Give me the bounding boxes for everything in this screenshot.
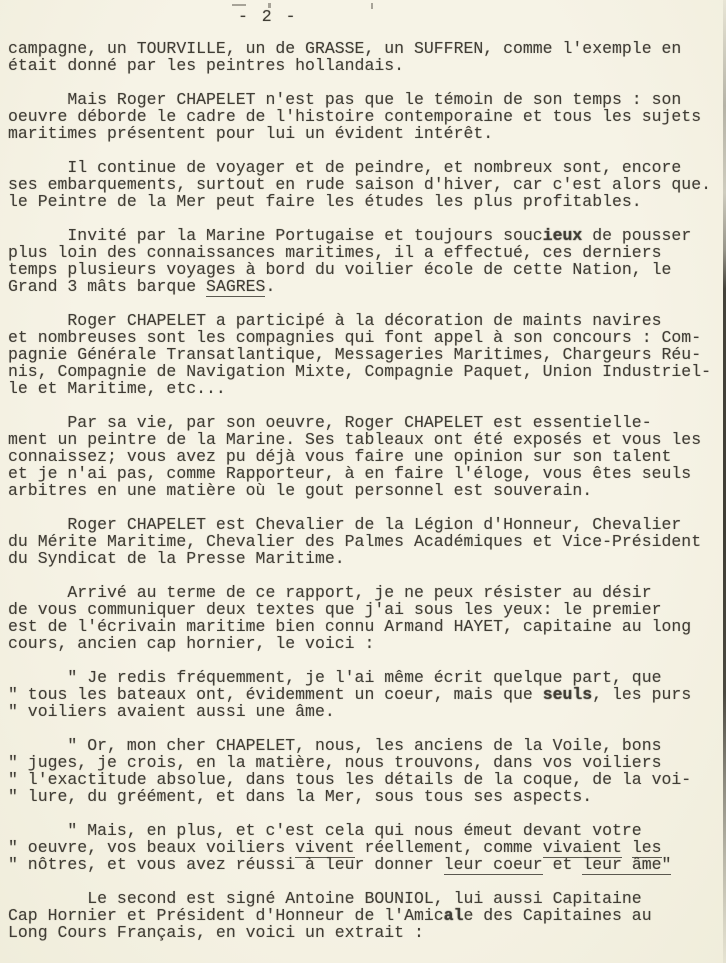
text-line: oeuvre déborde le cadre de l'histoire co… xyxy=(8,108,726,125)
page-number: - 2 - xyxy=(238,8,726,25)
text-segment: arbitres en une matière où le gout perso… xyxy=(8,481,592,500)
bold-text: al xyxy=(444,906,464,925)
text-segment: . xyxy=(265,277,275,296)
paragraph: Invité par la Marine Portugaise et toujo… xyxy=(8,227,726,295)
text-segment: cours, ancien cap hornier, le voici : xyxy=(8,634,374,653)
text-line: arbitres en une matière où le gout perso… xyxy=(8,482,726,499)
paragraph: Mais Roger CHAPELET n'est pas que le tém… xyxy=(8,91,726,142)
text-segment: était donné par les peintres hollandais. xyxy=(8,56,404,75)
text-line: était donné par les peintres hollandais. xyxy=(8,57,726,74)
text-segment: maritimes présentent pour lui un évident… xyxy=(8,124,493,143)
text-line: " oeuvre, vos beaux voiliers vivent réel… xyxy=(8,839,726,856)
text-line: est de l'écrivain maritime bien connu Ar… xyxy=(8,618,726,635)
paragraph: Par sa vie, par son oeuvre, Roger CHAPEL… xyxy=(8,414,726,499)
text-segment: du Syndicat de la Presse Maritime. xyxy=(8,549,345,568)
text-segment: " lure, du gréément, et dans la Mer, sou… xyxy=(8,787,592,806)
paragraph: Roger CHAPELET a participé à la décorati… xyxy=(8,312,726,397)
text-line: " Je redis fréquemment, je l'ai même écr… xyxy=(8,669,726,686)
underlined-text: leur âme" xyxy=(582,855,671,875)
text-line: Le second est signé Antoine BOUNIOL, lui… xyxy=(8,890,726,907)
text-line: pagnie Générale Transatlantique, Message… xyxy=(8,346,726,363)
underlined-text: SAGRES xyxy=(206,277,265,297)
text-line: " tous les bateaux ont, évidemment un co… xyxy=(8,686,726,703)
paragraph: Roger CHAPELET est Chevalier de la Légio… xyxy=(8,516,726,567)
text-line: " Mais, en plus, et c'est cela qui nous … xyxy=(8,822,726,839)
text-line: campagne, un TOURVILLE, un de GRASSE, un… xyxy=(8,40,726,57)
scan-speck xyxy=(371,3,373,9)
text-line: le Peintre de la Mer peut faire les étud… xyxy=(8,193,726,210)
text-segment: Long Cours Français, en voici un extrait… xyxy=(8,923,424,942)
text-line: nis, Compagnie de Navigation Mixte, Comp… xyxy=(8,363,726,380)
text-line: du Mérite Maritime, Chevalier des Palmes… xyxy=(8,533,726,550)
text-line: de vous communiquer deux textes que j'ai… xyxy=(8,601,726,618)
paragraph: Le second est signé Antoine BOUNIOL, lui… xyxy=(8,890,726,941)
underlined-text: leur coeur xyxy=(444,855,543,875)
text-line: Roger CHAPELET est Chevalier de la Légio… xyxy=(8,516,726,533)
text-segment: " voiliers avaient aussi une âme. xyxy=(8,702,335,721)
scan-speck xyxy=(268,3,271,8)
text-line: Par sa vie, par son oeuvre, Roger CHAPEL… xyxy=(8,414,726,431)
text-line: maritimes présentent pour lui un évident… xyxy=(8,125,726,142)
scanned-page: { "page": { "header": "- 2 -", "paper_co… xyxy=(0,0,726,963)
text-line: Grand 3 mâts barque SAGRES. xyxy=(8,278,726,295)
paragraph: Arrivé au terme de ce rapport, je ne peu… xyxy=(8,584,726,652)
text-segment: Grand 3 mâts barque xyxy=(8,277,206,296)
text-line: " juges, je crois, en la matière, nous t… xyxy=(8,754,726,771)
text-line: plus loin des connaissances maritimes, i… xyxy=(8,244,726,261)
text-line: " Or, mon cher CHAPELET, nous, les ancie… xyxy=(8,737,726,754)
paragraph: Il continue de voyager et de peindre, et… xyxy=(8,159,726,210)
text-line: et nombreuses sont les compagnies qui fo… xyxy=(8,329,726,346)
text-line: " voiliers avaient aussi une âme. xyxy=(8,703,726,720)
text-line: Mais Roger CHAPELET n'est pas que le tém… xyxy=(8,91,726,108)
text-line: Long Cours Français, en voici un extrait… xyxy=(8,924,726,941)
text-line: Il continue de voyager et de peindre, et… xyxy=(8,159,726,176)
text-segment: et xyxy=(543,855,583,874)
document-page: - 2 - campagne, un TOURVILLE, un de GRAS… xyxy=(0,0,726,941)
text-line: Cap Hornier et Président d'Honneur de l'… xyxy=(8,907,726,924)
text-segment: " nôtres, et vous avez réussi à leur don… xyxy=(8,855,444,874)
text-line: " nôtres, et vous avez réussi à leur don… xyxy=(8,856,726,873)
paragraph: campagne, un TOURVILLE, un de GRASSE, un… xyxy=(8,40,726,74)
text-line: ment un peintre de la Marine. Ses tablea… xyxy=(8,431,726,448)
scan-speck xyxy=(232,4,246,6)
text-line: connaissez; vous avez pu déjà vous faire… xyxy=(8,448,726,465)
text-line: et je n'ai pas, comme Rapporteur, à en f… xyxy=(8,465,726,482)
text-segment: , les purs xyxy=(592,685,691,704)
text-line: Arrivé au terme de ce rapport, je ne peu… xyxy=(8,584,726,601)
text-line: Invité par la Marine Portugaise et toujo… xyxy=(8,227,726,244)
text-segment: le et Maritime, etc... xyxy=(8,379,226,398)
text-line: le et Maritime, etc... xyxy=(8,380,726,397)
text-line: cours, ancien cap hornier, le voici : xyxy=(8,635,726,652)
text-line: temps plusieurs voyages à bord du voilie… xyxy=(8,261,726,278)
text-segment: e des Capitaines au xyxy=(463,906,651,925)
text-line: ses embarquements, surtout en rude saiso… xyxy=(8,176,726,193)
text-line: du Syndicat de la Presse Maritime. xyxy=(8,550,726,567)
bold-text: seuls xyxy=(543,685,593,704)
paragraph: " Je redis fréquemment, je l'ai même écr… xyxy=(8,669,726,720)
paragraph: " Mais, en plus, et c'est cela qui nous … xyxy=(8,822,726,873)
text-line: " l'exactitude absolue, dans tous les dé… xyxy=(8,771,726,788)
text-segment: le Peintre de la Mer peut faire les étud… xyxy=(8,192,642,211)
text-line: Roger CHAPELET a participé à la décorati… xyxy=(8,312,726,329)
document-body: campagne, un TOURVILLE, un de GRASSE, un… xyxy=(8,40,726,941)
text-line: " lure, du gréément, et dans la Mer, sou… xyxy=(8,788,726,805)
paragraph: " Or, mon cher CHAPELET, nous, les ancie… xyxy=(8,737,726,805)
